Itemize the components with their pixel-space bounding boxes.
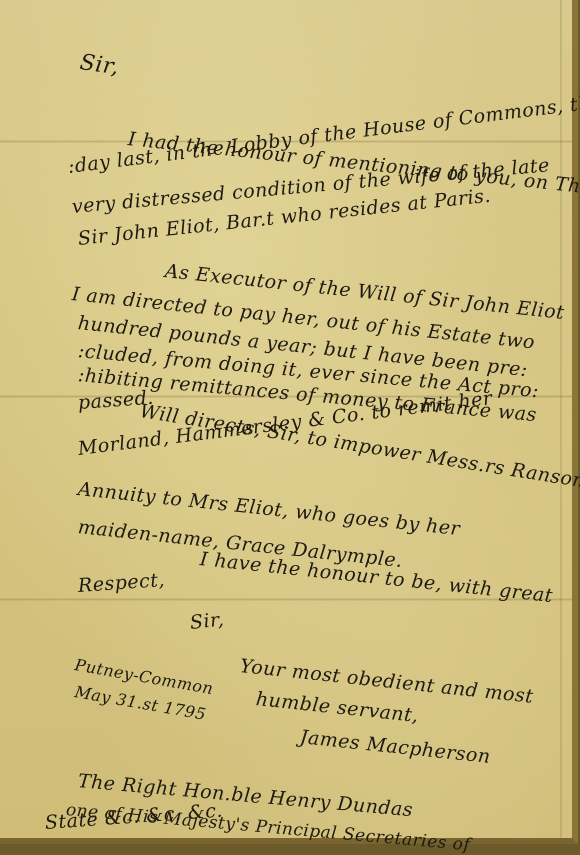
signature: James Macpherson bbox=[299, 726, 492, 768]
closing-salutation: Sir, bbox=[189, 608, 225, 633]
paper-edge-fold bbox=[560, 0, 562, 838]
salutation: Sir, bbox=[78, 50, 120, 80]
letter-line: Respect, bbox=[77, 569, 165, 597]
letter-page: Sir, I had the honour of mentioning to y… bbox=[0, 0, 578, 844]
closing-line: humble servant, bbox=[255, 688, 420, 727]
